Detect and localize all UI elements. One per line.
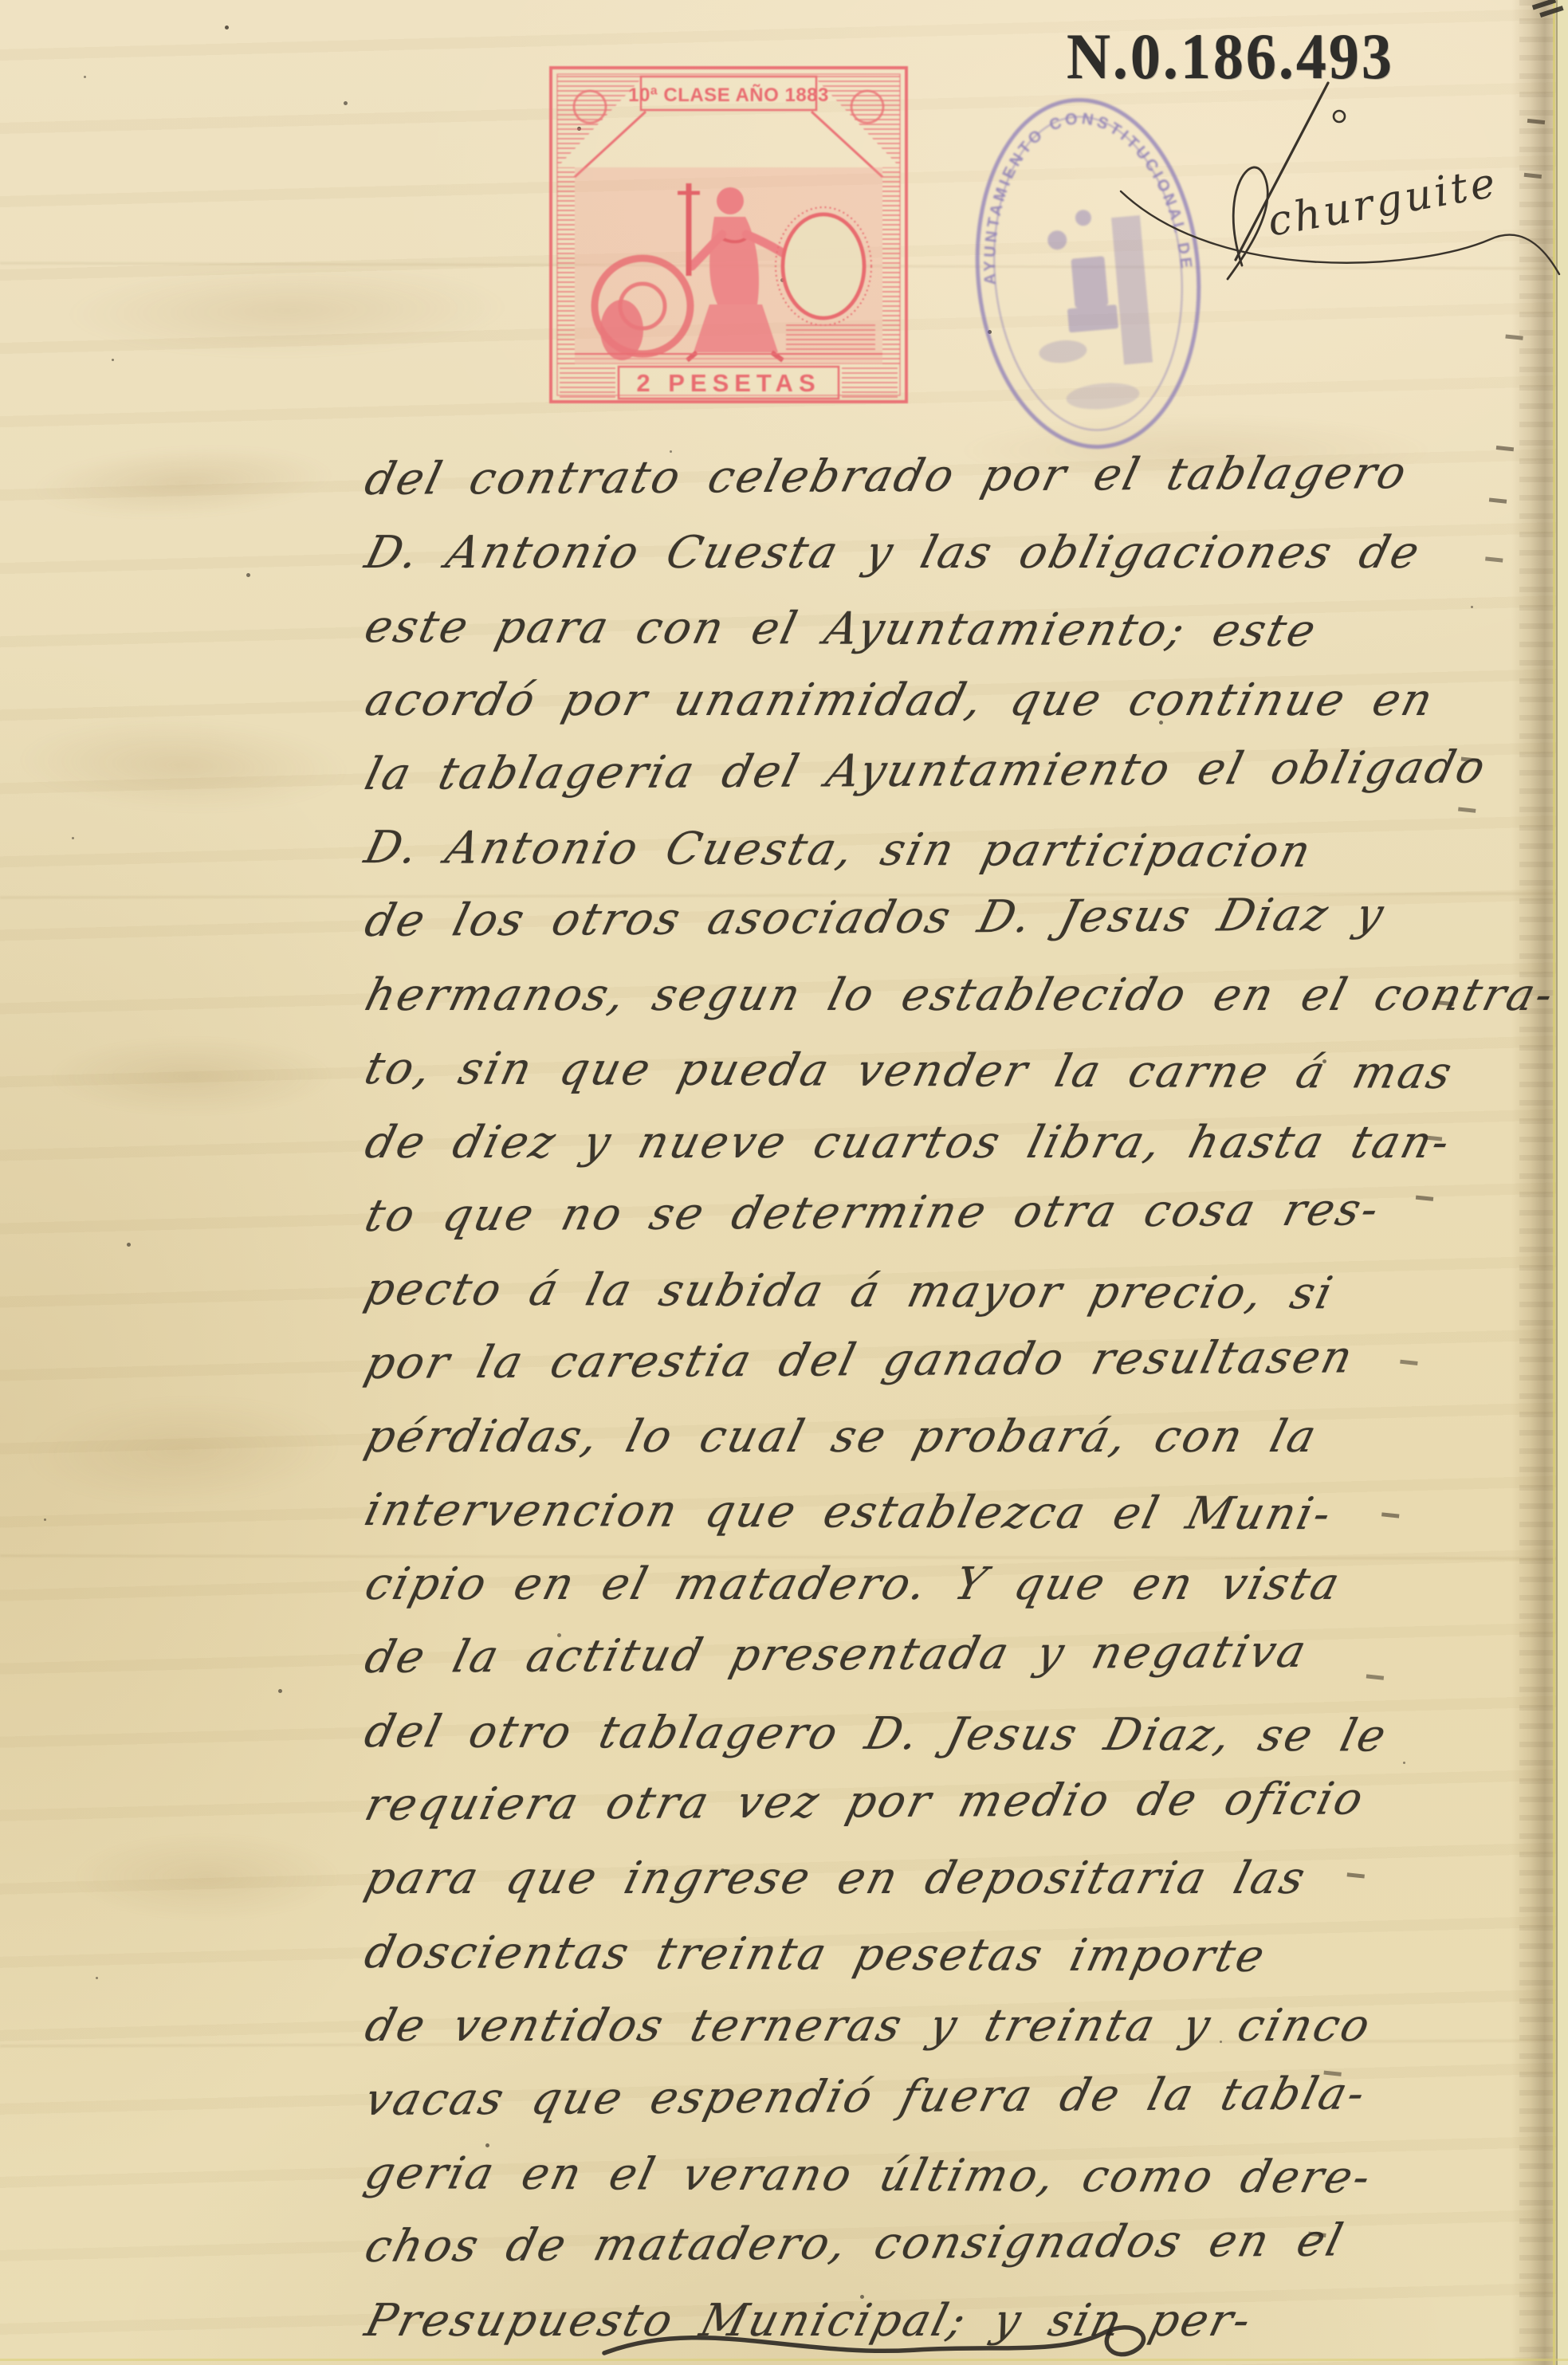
signature-rubric: churguite <box>1114 70 1566 317</box>
manuscript-line: vacas que espendió fuera de la tabla- <box>357 2056 1568 2137</box>
manuscript-line: hermanos, segun lo establecido en el con… <box>357 959 1568 1032</box>
ink-showthrough <box>14 712 352 819</box>
ink-showthrough <box>30 438 336 526</box>
ink-showthrough <box>72 1833 343 1921</box>
manuscript-line: pérdidas, lo cual se probará, con la <box>357 1401 1568 1474</box>
manuscript-line: por la carestia del ganado resultasen <box>357 1319 1568 1401</box>
manuscript-line: doscientas treinta pesetas importe <box>357 1916 1568 1995</box>
manuscript-line: de diez y nueve cuartos libra, hasta tan… <box>357 1106 1568 1180</box>
bottom-flourish <box>582 2304 1212 2365</box>
stamp-class-label: 10ª CLASE AÑO 1883 <box>628 84 829 106</box>
manuscript-text: del contrato celebrado por el tablageroD… <box>357 443 1565 2358</box>
manuscript-line: este para con el Ayuntamiento; este <box>357 591 1568 670</box>
manuscript-line: to que no se determine otra cosa res- <box>357 1173 1568 1254</box>
manuscript-line: la tablageria del Ayuntamiento el obliga… <box>357 730 1568 811</box>
ink-showthrough <box>63 259 511 363</box>
manuscript-line: de la actitud presentada y negativa <box>357 1614 1568 1695</box>
manuscript-line: intervencion que establezca el Muni- <box>357 1474 1568 1553</box>
manuscript-page: N.0.186.493 <box>0 0 1568 2365</box>
manuscript-line: para que ingrese en depositaria las <box>357 1842 1568 1915</box>
manuscript-line: requiera otra vez por medio de oficio <box>357 1762 1568 1843</box>
allegory-figure-icon <box>575 167 882 364</box>
manuscript-line: del contrato celebrado por el tablagero <box>357 436 1568 517</box>
signature-name: churguite <box>1264 159 1502 246</box>
ink-showthrough <box>48 1036 335 1116</box>
manuscript-line: de los otros asociados D. Jesus Diaz y <box>357 878 1568 959</box>
manuscript-line: acordó por unanimidad, que continue en <box>357 664 1568 737</box>
manuscript-line: chos de matadero, consignados en el <box>357 2203 1568 2284</box>
manuscript-line: cipio en el matadero. Y que en vista <box>357 1548 1568 1621</box>
ink-showthrough <box>22 1389 345 1512</box>
stamp-denomination: 2 PESETAS <box>636 369 820 397</box>
manuscript-line: to, sin que pueda vender la carne á mas <box>357 1032 1568 1111</box>
tax-stamp: 10ª CLASE AÑO 1883 <box>548 65 909 404</box>
manuscript-line: de ventidos terneras y treinta y cinco <box>357 1990 1568 2063</box>
tax-stamp-graphic: 10ª CLASE AÑO 1883 <box>548 65 909 404</box>
paper-specks <box>0 0 2 2</box>
manuscript-line: D. Antonio Cuesta y las obligaciones de <box>357 517 1568 590</box>
